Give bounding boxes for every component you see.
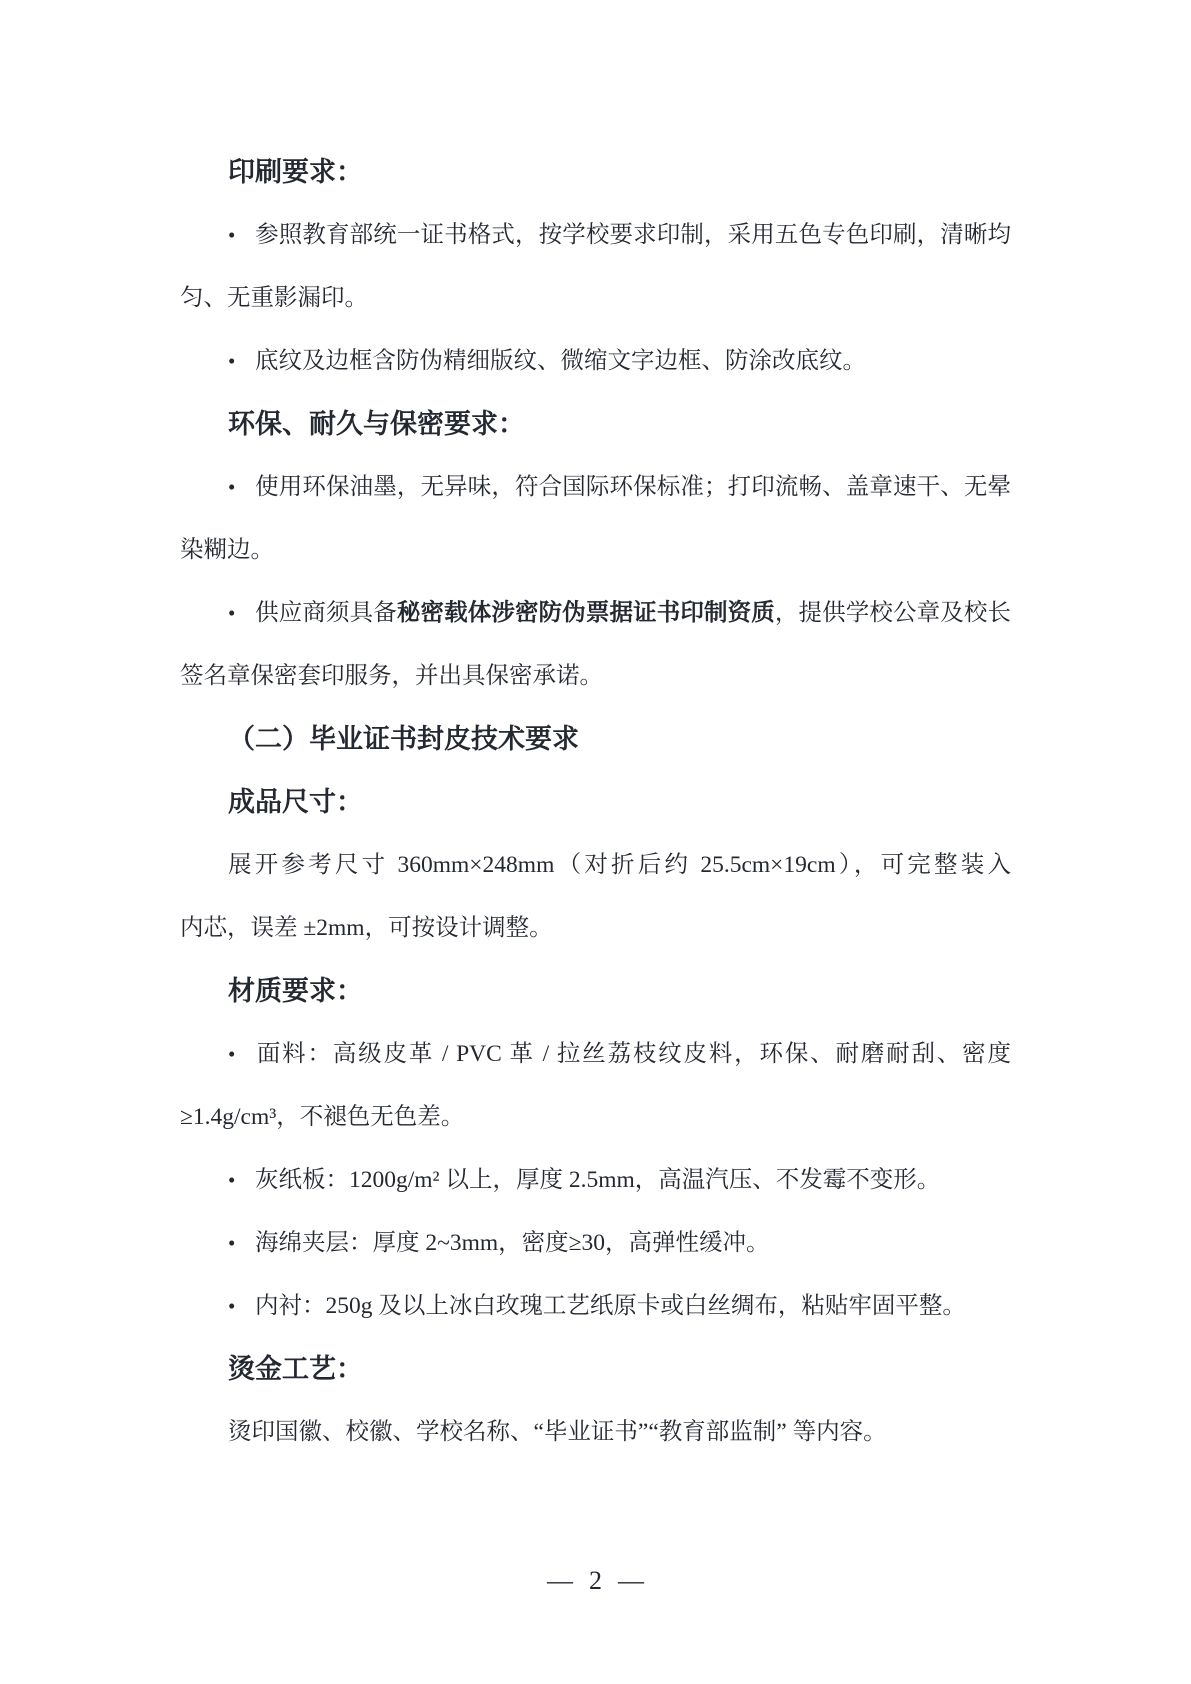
text-segment: 内衬：250g 及以上冰白玫瑰工艺纸原卡或白丝绸布，粘贴牢固平整。 — [255, 1293, 966, 1319]
bold-text-segment: 秘密载体涉密防伪票据证书印制资质 — [397, 600, 775, 626]
text-line: 烫金工艺： — [180, 1338, 1011, 1401]
text-line: 展开参考尺寸 360mm×248mm（对折后约 25.5cm×19cm），可完整… — [180, 834, 1011, 897]
bullet-item: •面料：高级皮革 / PVC 革 / 拉丝荔枝纹皮料，环保、耐磨耐刮、密度≥1.… — [180, 1023, 1011, 1149]
paragraph: 展开参考尺寸 360mm×248mm（对折后约 25.5cm×19cm），可完整… — [180, 834, 1011, 960]
section-heading: 成品尺寸： — [180, 771, 1011, 834]
text-segment: ≥1.4g/cm³，不褪色无色差。 — [180, 1104, 464, 1130]
page-number: 2 — [589, 1566, 602, 1595]
bullet-marker: • — [228, 1149, 255, 1212]
bullet-item: •使用环保油墨，无异味，符合国际环保标准；打印流畅、盖章速干、无晕染糊边。 — [180, 456, 1011, 582]
text-segment: 参照教育部统一证书格式，按学校要求印制，采用五色专色印刷，清晰均 — [255, 222, 1011, 248]
text-segment: 展开参考尺寸 360mm×248mm（对折后约 25.5cm×19cm），可完整… — [228, 852, 1011, 878]
text-line: •内衬：250g 及以上冰白玫瑰工艺纸原卡或白丝绸布，粘贴牢固平整。 — [180, 1275, 1011, 1338]
text-segment: 供应商须具备 — [255, 600, 397, 626]
text-segment: 成品尺寸： — [228, 787, 363, 817]
text-line: •供应商须具备秘密载体涉密防伪票据证书印制资质，提供学校公章及校长 — [180, 582, 1011, 645]
text-segment: 烫印国徽、校徽、学校名称、“毕业证书”“教育部监制” 等内容。 — [228, 1419, 887, 1445]
bullet-marker: • — [228, 582, 255, 645]
text-segment: 使用环保油墨，无异味，符合国际环保标准；打印流畅、盖章速干、无晕 — [255, 474, 1011, 500]
bullet-item: •底纹及边框含防伪精细版纹、微缩文字边框、防涂改底纹。 — [180, 330, 1011, 393]
bullet-marker: • — [228, 1023, 255, 1086]
page-footer: —2— — [0, 1549, 1191, 1612]
section-heading: 烫金工艺： — [180, 1338, 1011, 1401]
text-line: 材质要求： — [180, 960, 1011, 1023]
text-segment: 环保、耐久与保密要求： — [228, 409, 525, 439]
text-segment: 内芯，误差 ±2mm，可按设计调整。 — [180, 915, 553, 941]
text-line: •底纹及边框含防伪精细版纹、微缩文字边框、防涂改底纹。 — [180, 330, 1011, 393]
bullet-item: •灰纸板：1200g/m² 以上，厚度 2.5mm，高温汽压、不发霉不变形。 — [180, 1149, 1011, 1212]
text-segment: 材质要求： — [228, 976, 363, 1006]
section-heading: 环保、耐久与保密要求： — [180, 393, 1011, 456]
section-heading: 材质要求： — [180, 960, 1011, 1023]
bullet-marker: • — [228, 456, 255, 519]
text-segment: 底纹及边框含防伪精细版纹、微缩文字边框、防涂改底纹。 — [255, 348, 866, 374]
footer-dash-right: — — [618, 1566, 644, 1595]
text-segment: 烫金工艺： — [228, 1354, 363, 1384]
text-line: ≥1.4g/cm³，不褪色无色差。 — [180, 1086, 1011, 1149]
text-line: 签名章保密套印服务，并出具保密承诺。 — [180, 645, 1011, 708]
section-heading: （二）毕业证书封皮技术要求 — [180, 708, 1011, 771]
text-line: 染糊边。 — [180, 519, 1011, 582]
text-line: •灰纸板：1200g/m² 以上，厚度 2.5mm，高温汽压、不发霉不变形。 — [180, 1149, 1011, 1212]
text-line: 成品尺寸： — [180, 771, 1011, 834]
bullet-marker: • — [228, 204, 255, 267]
bullet-marker: • — [228, 1212, 255, 1275]
text-line: •海绵夹层：厚度 2~3mm，密度≥30，高弹性缓冲。 — [180, 1212, 1011, 1275]
text-line: •面料：高级皮革 / PVC 革 / 拉丝荔枝纹皮料，环保、耐磨耐刮、密度 — [180, 1023, 1011, 1086]
text-line: 匀、无重影漏印。 — [180, 267, 1011, 330]
text-segment: ，提供学校公章及校长 — [775, 600, 1011, 626]
text-segment: （二）毕业证书封皮技术要求 — [228, 724, 579, 754]
bullet-marker: • — [228, 330, 255, 393]
section-heading: 印刷要求： — [180, 141, 1011, 204]
bullet-item: •内衬：250g 及以上冰白玫瑰工艺纸原卡或白丝绸布，粘贴牢固平整。 — [180, 1275, 1011, 1338]
text-line: 印刷要求： — [180, 141, 1011, 204]
text-line: 烫印国徽、校徽、学校名称、“毕业证书”“教育部监制” 等内容。 — [180, 1401, 1011, 1464]
text-line: 内芯，误差 ±2mm，可按设计调整。 — [180, 897, 1011, 960]
text-segment: 面料：高级皮革 / PVC 革 / 拉丝荔枝纹皮料，环保、耐磨耐刮、密度 — [255, 1041, 1011, 1067]
document-page: 印刷要求：•参照教育部统一证书格式，按学校要求印制，采用五色专色印刷，清晰均匀、… — [0, 0, 1191, 1684]
text-segment: 海绵夹层：厚度 2~3mm，密度≥30，高弹性缓冲。 — [255, 1230, 770, 1256]
text-line: （二）毕业证书封皮技术要求 — [180, 708, 1011, 771]
bullet-item: •供应商须具备秘密载体涉密防伪票据证书印制资质，提供学校公章及校长签名章保密套印… — [180, 582, 1011, 708]
text-line: •使用环保油墨，无异味，符合国际环保标准；打印流畅、盖章速干、无晕 — [180, 456, 1011, 519]
bullet-marker: • — [228, 1275, 255, 1338]
bullet-item: •参照教育部统一证书格式，按学校要求印制，采用五色专色印刷，清晰均匀、无重影漏印… — [180, 204, 1011, 330]
text-segment: 灰纸板：1200g/m² 以上，厚度 2.5mm，高温汽压、不发霉不变形。 — [255, 1167, 940, 1193]
document-content: 印刷要求：•参照教育部统一证书格式，按学校要求印制，采用五色专色印刷，清晰均匀、… — [180, 141, 1011, 1464]
text-segment: 染糊边。 — [180, 537, 274, 563]
text-segment: 签名章保密套印服务，并出具保密承诺。 — [180, 663, 603, 689]
text-line: •参照教育部统一证书格式，按学校要求印制，采用五色专色印刷，清晰均 — [180, 204, 1011, 267]
footer-dash-left: — — [547, 1566, 573, 1595]
text-line: 环保、耐久与保密要求： — [180, 393, 1011, 456]
paragraph: 烫印国徽、校徽、学校名称、“毕业证书”“教育部监制” 等内容。 — [180, 1401, 1011, 1464]
text-segment: 匀、无重影漏印。 — [180, 285, 368, 311]
bullet-item: •海绵夹层：厚度 2~3mm，密度≥30，高弹性缓冲。 — [180, 1212, 1011, 1275]
text-segment: 印刷要求： — [228, 157, 363, 187]
